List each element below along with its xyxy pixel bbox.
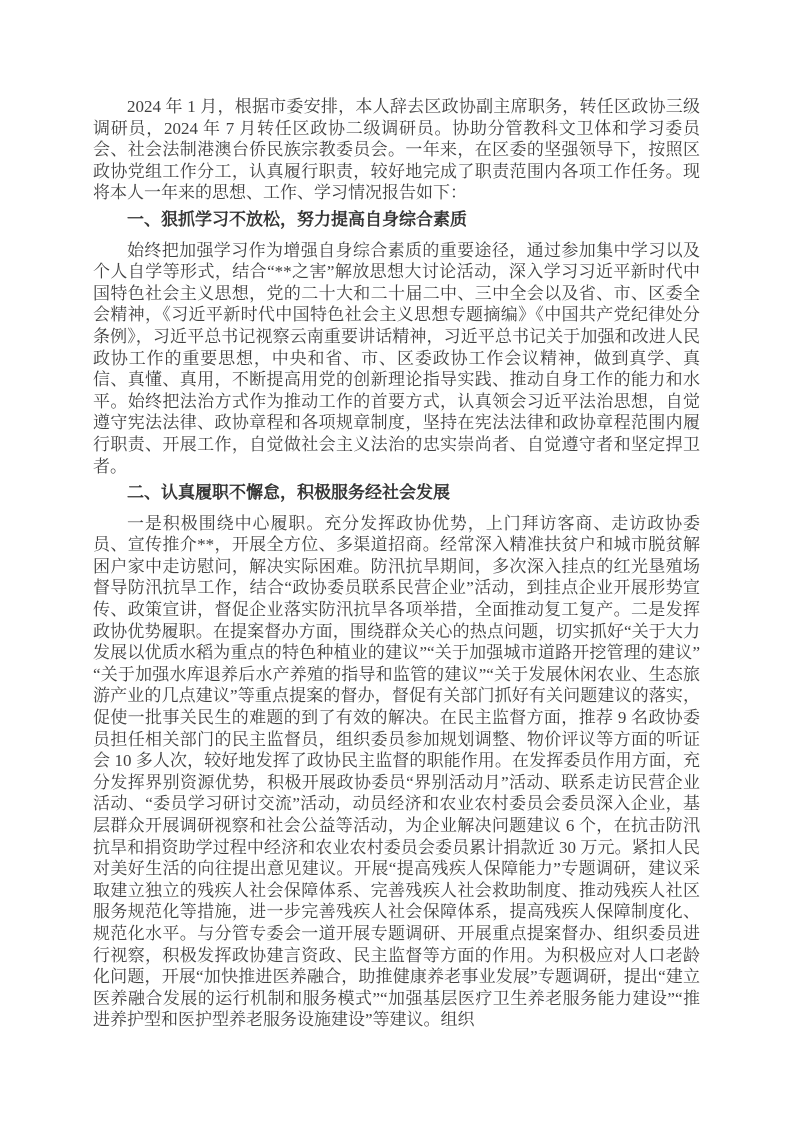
section-heading-1: 一、狠抓学习不放松，努力提高自身综合素质 bbox=[93, 209, 700, 231]
document-page: 2024 年 1 月，根据市委安排，本人辞去区政协副主席职务，转任区政协三级调研… bbox=[0, 0, 793, 1122]
document-body: 2024 年 1 月，根据市委安排，本人辞去区政协副主席职务，转任区政协三级调研… bbox=[93, 96, 700, 1031]
body-paragraph-study: 始终把加强学习作为增强自身综合素质的重要途径，通过参加集中学习以及个人自学等形式… bbox=[93, 240, 700, 478]
body-paragraph-intro: 2024 年 1 月，根据市委安排，本人辞去区政协副主席职务，转任区政协三级调研… bbox=[93, 96, 700, 204]
section-heading-2: 二、认真履职不懈怠，积极服务经社会发展 bbox=[93, 482, 700, 504]
body-paragraph-duty: 一是积极围绕中心履职。充分发挥政协优势，上门拜访客商、走访政协委员、宣传推介**… bbox=[93, 513, 700, 1031]
